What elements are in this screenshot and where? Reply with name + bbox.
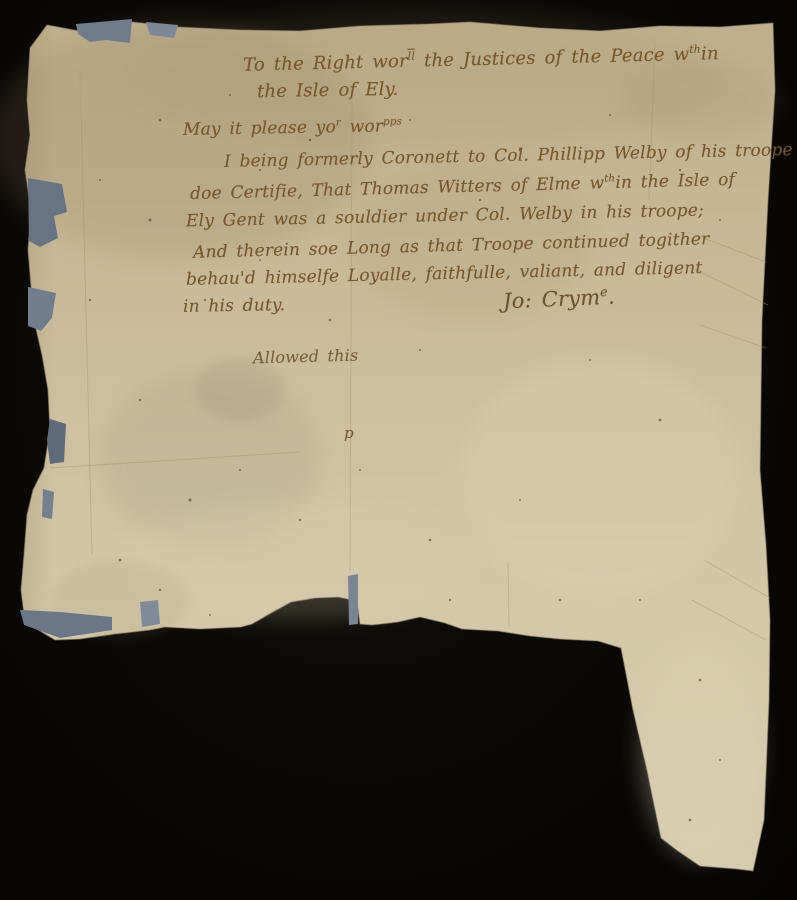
blue-patch-left-4 (42, 489, 54, 519)
blue-patch-bottom-2 (140, 600, 160, 627)
manuscript-paper (0, 0, 797, 900)
photo-background: To the Right worll the Justices of the P… (0, 0, 797, 900)
blue-patch-left-3 (47, 419, 66, 464)
